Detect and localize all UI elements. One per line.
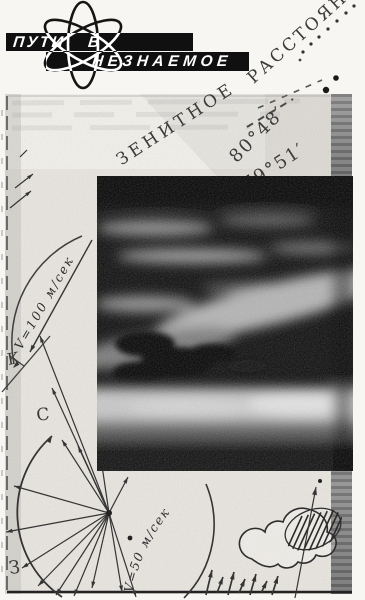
point-label-s: С [35,404,51,426]
logo-title-line1: ПУТИ В [12,34,103,52]
book-cover-page: { "logo": { "title_line1": "ПУТИ В", "ti… [0,0,365,600]
hatched-blob-sketch [239,501,358,568]
point-label-z: З [8,557,21,579]
clouds-photo [97,176,353,471]
velocity-lower-label: V=50 м/сек [121,504,173,593]
compass-arc-left [17,436,62,597]
logo-title-line2: НЕЗНАЕМОЕ [91,53,233,71]
